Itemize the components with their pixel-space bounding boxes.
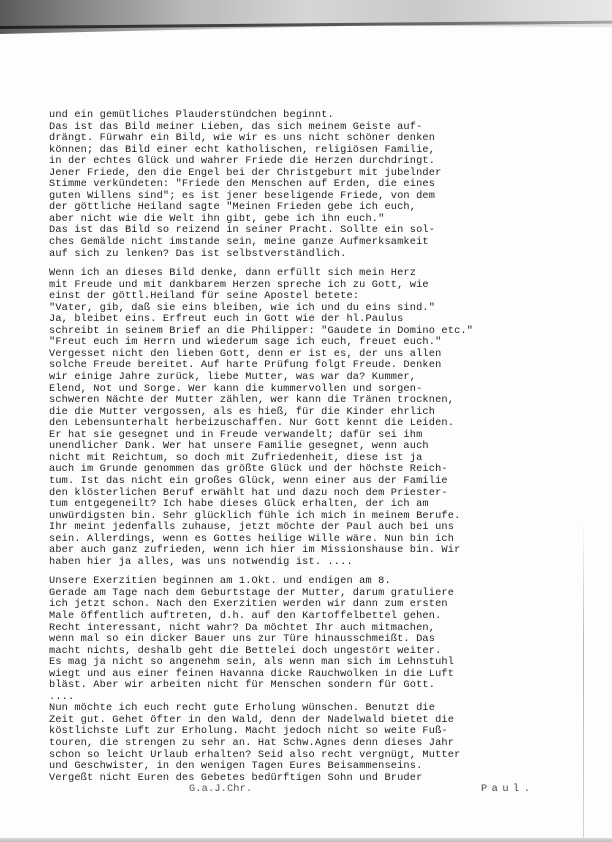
closing-abbreviation: G.a.J.Chr. [189,784,252,796]
text-line: drängt. Fürwahr ein Bild, wie wir es uns… [49,133,589,145]
text-line: bläst. Aber wir arbeiten nicht für Mensc… [49,680,589,692]
text-line: in der echtes Glück und wahrer Friede di… [49,156,589,168]
text-line: Wenn ich an dieses Bild denke, dann erfü… [49,268,589,280]
text-line: tum entgegeneilt? Ich habe dieses Glück … [49,499,589,511]
text-line: auf sich zu lenken? Das ist selbstverstä… [49,249,589,261]
text-line: ches Gemälde nicht imstande sein, meine … [49,237,589,249]
scan-top-shadow-band [0,0,612,34]
text-line: und Geschwister, in den wenigen Tagen Eu… [49,761,589,773]
signature: Paul. [481,784,534,796]
paragraph-family-picture: und ein gemütliches Plauderstündchen beg… [49,110,589,260]
paragraph-retreat-and-wishes: Unsere Exerzitien beginnen am 1.Okt. und… [49,576,589,784]
letter-body: und ein gemütliches Plauderstündchen beg… [49,110,589,796]
text-line: wenn mal so ein dicker Bauer uns zur Tür… [49,634,589,646]
text-line: touren, die strengen zu sehr an. Hat Sch… [49,738,589,750]
paragraph-joy-and-gratitude: Wenn ich an dieses Bild denke, dann erfü… [49,268,589,568]
text-line: und ein gemütliches Plauderstündchen beg… [49,110,589,122]
text-line: wir einige Jahre zurück, liebe Mutter, w… [49,372,589,384]
text-line: Es mag ja nicht so angenehm sein, als we… [49,657,589,669]
scan-bottom-edge [0,838,612,842]
text-line: Ihr meint jedenfalls zuhause, jetzt möch… [49,522,589,534]
text-line: tum. Ist das nicht ein großes Glück, wen… [49,476,589,488]
text-line: Male öffentlich auftreten, d.h. auf den … [49,611,589,623]
letter-closing: G.a.J.Chr. Paul. [49,784,589,796]
text-line: haben hier ja alles, was uns notwendig i… [49,557,589,569]
text-line: schweren Nächte der Mutter zählen, wer k… [49,395,589,407]
